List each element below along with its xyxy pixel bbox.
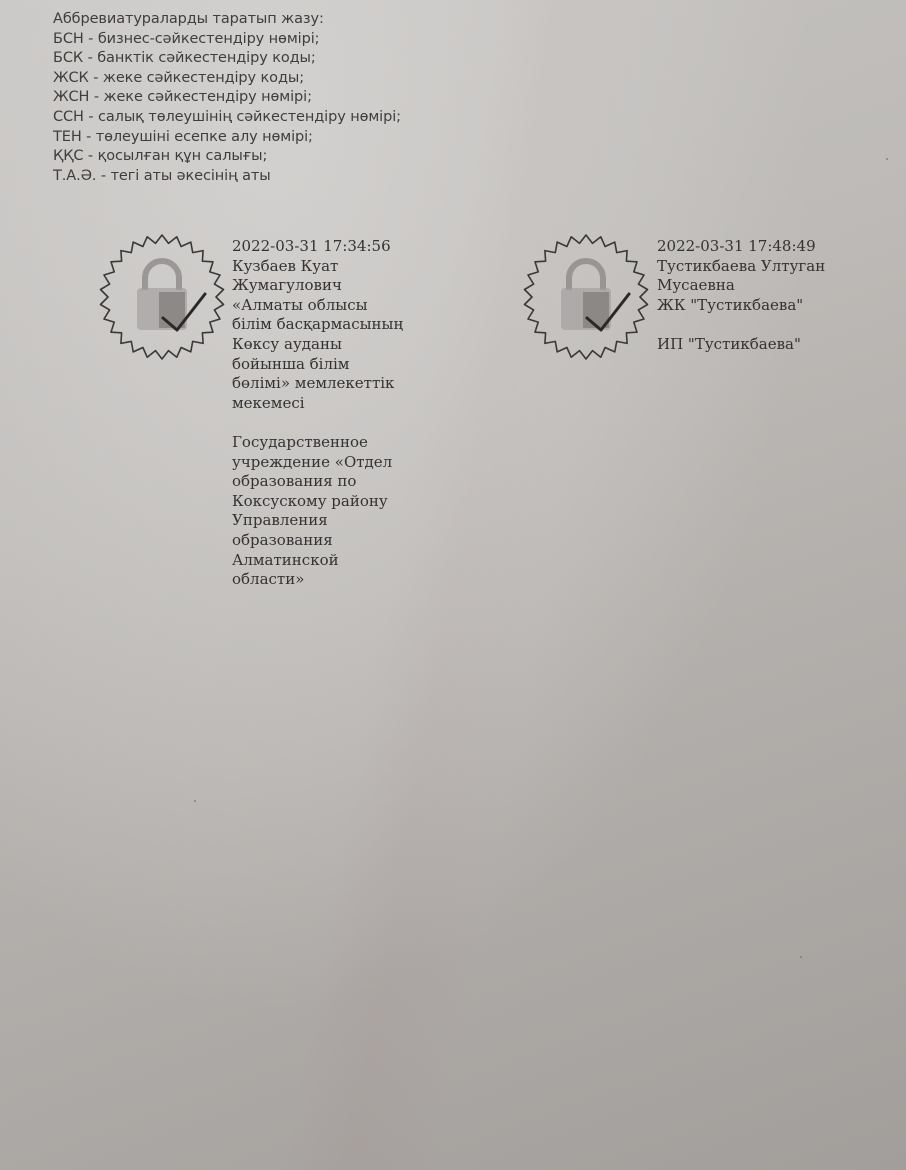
blank-line [232,413,403,433]
paper-speck [886,158,888,160]
abbreviation-item: ТЕН - төлеушіні есепке алу нөмірі; [53,128,401,148]
organization-line: ИП "Тустикбаева" [657,335,825,355]
organization-line: области» [232,570,403,590]
digital-signature-seal-icon [521,232,651,362]
abbreviation-item: БСН - бизнес-сәйкестендіру нөмірі; [53,30,401,50]
abbreviations-block: Аббревиатураларды таратып жазу: БСН - би… [53,10,401,186]
organization-line: образования по [232,472,403,492]
organization-line: бөлімі» мемлекеттік [232,374,403,394]
digital-signature-seal-icon [97,232,227,362]
organization-line: Государственное [232,433,403,453]
abbreviation-item: Т.А.Ә. - тегі аты әкесінің аты [53,167,401,187]
organization-line: Алматинской [232,551,403,571]
signer-name: Кузбаев Куат [232,257,403,277]
abbreviation-item: ССН - салық төлеушінің сәйкестендіру нөм… [53,108,401,128]
organization-line: Коксускому району [232,492,403,512]
abbreviations-title: Аббревиатураларды таратып жазу: [53,10,401,30]
signature-timestamp: 2022-03-31 17:34:56 [232,237,403,257]
signature-block-1: 2022-03-31 17:34:56 Кузбаев Куат Жумагул… [232,237,403,590]
abbreviation-item: ҚҚС - қосылған құн салығы; [53,147,401,167]
signature-timestamp: 2022-03-31 17:48:49 [657,237,825,257]
organization-line: образования [232,531,403,551]
signature-block-2: 2022-03-31 17:48:49 Тустикбаева Ултуган … [657,237,825,355]
signer-name: Мусаевна [657,276,825,296]
organization-line: учреждение «Отдел [232,453,403,473]
organization-line: Управления [232,511,403,531]
organization-line: «Алматы облысы [232,296,403,316]
paper-speck [194,800,196,802]
organization-line: білім басқармасының [232,315,403,335]
organization-line: Көксу ауданы [232,335,403,355]
organization-line: мекемесі [232,394,403,414]
signer-name: Жумагулович [232,276,403,296]
paper-speck [800,956,802,958]
signer-name: Тустикбаева Ултуган [657,257,825,277]
abbreviation-item: ЖСН - жеке сәйкестендіру нөмірі; [53,88,401,108]
abbreviation-item: БСК - банктік сәйкестендіру коды; [53,49,401,69]
blank-line [657,315,825,335]
organization-line: ЖК "Тустикбаева" [657,296,825,316]
organization-line: бойынша білім [232,355,403,375]
abbreviation-item: ЖСК - жеке сәйкестендіру коды; [53,69,401,89]
